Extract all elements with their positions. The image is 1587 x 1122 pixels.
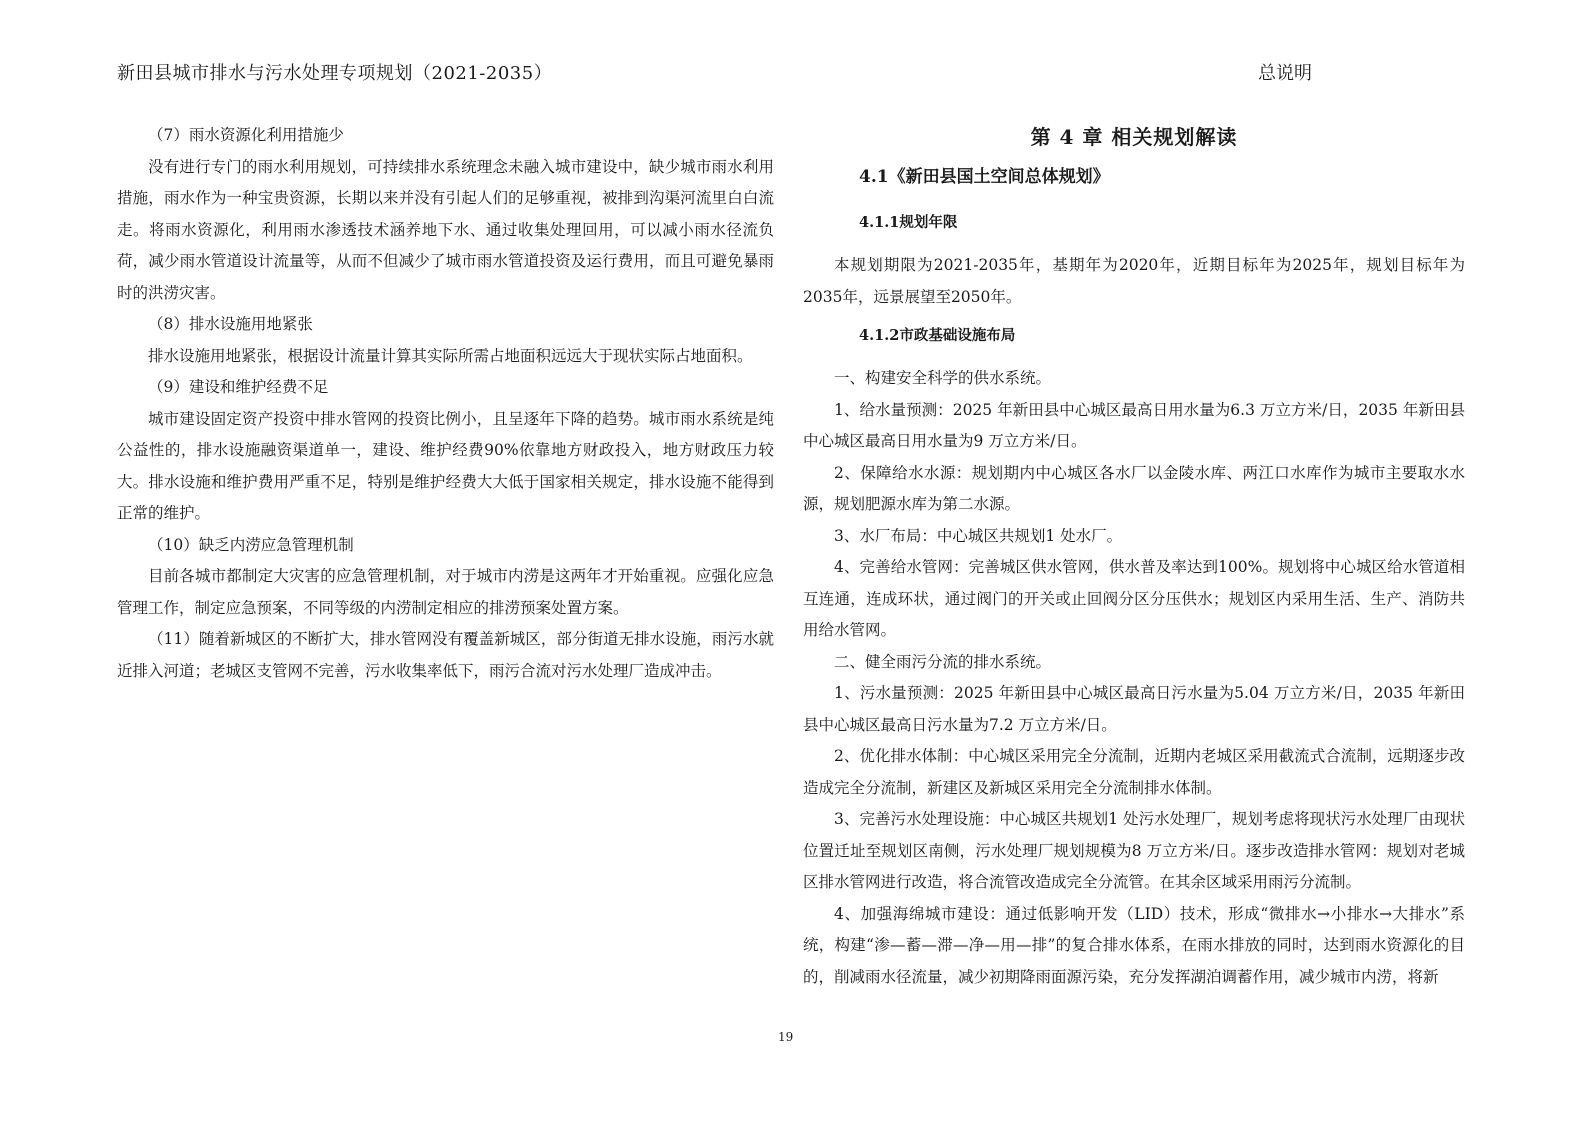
document-header-section: 总说明 <box>1258 59 1312 85</box>
paragraph: 4、加强海绵城市建设：通过低影响开发（LID）技术，形成“微排水→小排水→大排水… <box>803 899 1465 994</box>
right-column: 第 4 章 相关规划解读 4.1《新田县国土空间总体规划》 4.1.1规划年限 … <box>803 120 1465 993</box>
paragraph: 2、优化排水体制：中心城区采用完全分流制，近期内老城区采用截流式合流制，远期逐步… <box>803 741 1465 804</box>
paragraph: 2、保障给水水源：规划期内中心城区各水厂以金陵水库、两江口水库作为城市主要取水水… <box>803 458 1465 521</box>
subsection-title: 4.1.2市政基础设施布局 <box>803 321 1465 351</box>
paragraph: 没有进行专门的雨水利用规划，可持续排水系统理念未融入城市建设中，缺少城市雨水利用… <box>117 152 774 310</box>
subsection-title: 4.1.1规划年限 <box>803 208 1465 238</box>
paragraph: 3、完善污水处理设施：中心城区共规划1 处污水处理厂，规划考虑将现状污水处理厂由… <box>803 804 1465 899</box>
paragraph: 一、构建安全科学的供水系统。 <box>803 363 1465 395</box>
heading-item-8: （8）排水设施用地紧张 <box>117 309 774 341</box>
paragraph: 目前各城市都制定大灾害的应急管理机制，对于城市内涝是这两年才开始重视。应强化应急… <box>117 561 774 624</box>
page-number: 19 <box>778 1030 793 1044</box>
left-column: （7）雨水资源化利用措施少 没有进行专门的雨水利用规划，可持续排水系统理念未融入… <box>117 120 774 687</box>
paragraph: 4、完善给水管网：完善城区供水管网，供水普及率达到100%。规划将中心城区给水管… <box>803 552 1465 647</box>
document-header-title: 新田县城市排水与污水处理专项规划（2021-2035） <box>117 59 552 85</box>
paragraph: 1、给水量预测：2025 年新田县中心城区最高日用水量为6.3 万立方米/日，2… <box>803 395 1465 458</box>
paragraph: 1、污水量预测：2025 年新田县中心城区最高日污水量为5.04 万立方米/日，… <box>803 678 1465 741</box>
paragraph: 排水设施用地紧张，根据设计流量计算其实际所需占地面积远远大于现状实际占地面积。 <box>117 341 774 373</box>
heading-item-9: （9）建设和维护经费不足 <box>117 372 774 404</box>
paragraph: 城市建设固定资产投资中排水管网的投资比例小，且呈逐年下降的趋势。城市雨水系统是纯… <box>117 404 774 530</box>
heading-item-10: （10）缺乏内涝应急管理机制 <box>117 530 774 562</box>
paragraph: 二、健全雨污分流的排水系统。 <box>803 647 1465 679</box>
heading-item-7: （7）雨水资源化利用措施少 <box>117 120 774 152</box>
paragraph-item-11: （11）随着新城区的不断扩大，排水管网没有覆盖新城区，部分街道无排水设施，雨污水… <box>117 624 774 687</box>
section-title: 4.1《新田县国土空间总体规划》 <box>803 162 1465 192</box>
paragraph: 3、水厂布局：中心城区共规划1 处水厂。 <box>803 521 1465 553</box>
chapter-title: 第 4 章 相关规划解读 <box>803 120 1465 154</box>
paragraph: 本规划期限为2021-2035年，基期年为2020年，近期目标年为2025年，规… <box>803 250 1465 313</box>
